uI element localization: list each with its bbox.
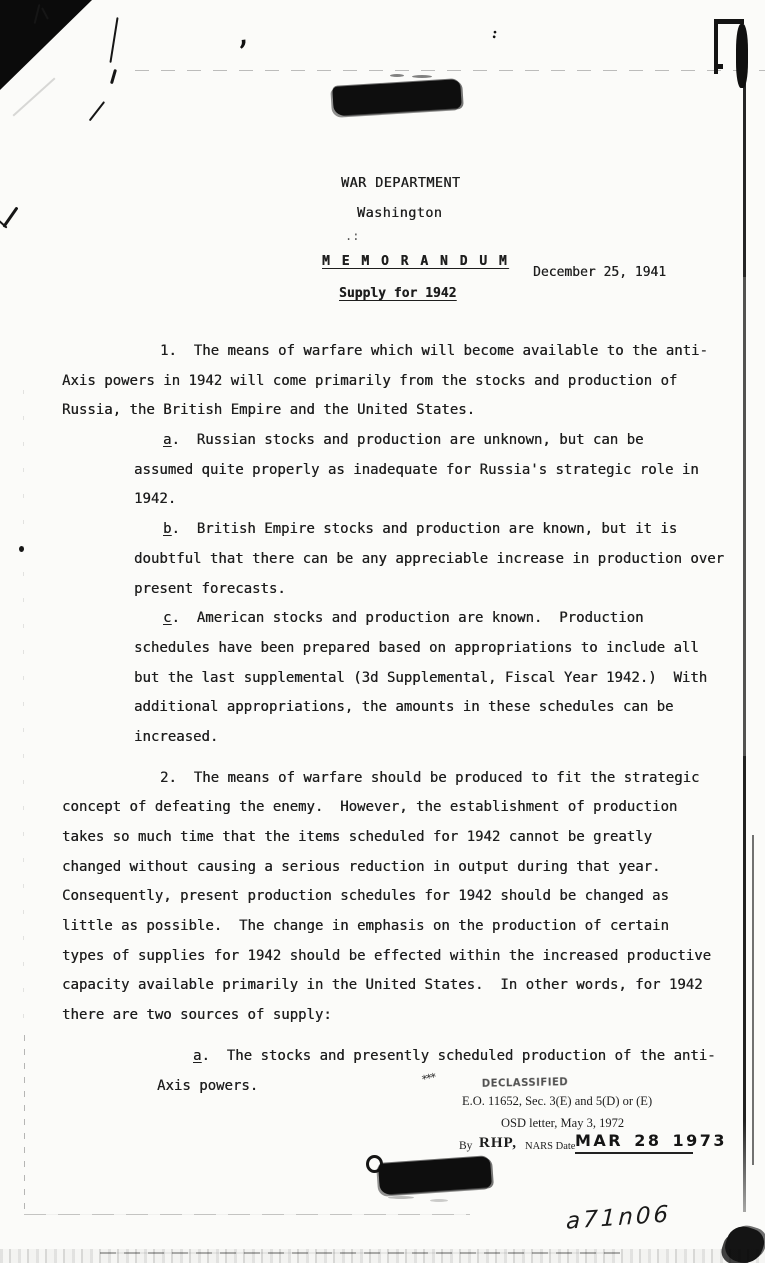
memo-line: doubtful that there can be any appreciab… bbox=[62, 545, 742, 575]
memo-line: little as possible. The change in emphas… bbox=[62, 912, 742, 942]
memo-line: a. Russian stocks and production are unk… bbox=[62, 426, 742, 456]
memo-line: but the last supplemental (3d Supplement… bbox=[62, 664, 742, 694]
underlined-list-letter: b bbox=[163, 521, 171, 537]
memo-line: assumed quite properly as inadequate for… bbox=[62, 456, 742, 486]
memo-line: changed without causing a serious reduct… bbox=[62, 853, 742, 883]
underlined-list-letter: c bbox=[163, 610, 171, 626]
department-title: WAR DEPARTMENT bbox=[341, 177, 460, 191]
page-edge-line bbox=[752, 835, 754, 1165]
memo-line: there are two sources of supply: bbox=[62, 1001, 742, 1031]
memo-line: 2. The means of warfare should be produc… bbox=[62, 764, 742, 794]
stamp-remnant-mark bbox=[430, 1199, 448, 1202]
blacked-out-classification-stamp bbox=[332, 79, 462, 116]
memo-line: Consequently, present production schedul… bbox=[62, 882, 742, 912]
pen-stroke-mark bbox=[89, 101, 105, 121]
pen-stroke-mark bbox=[109, 17, 118, 63]
memo-date: December 25, 1941 bbox=[533, 266, 666, 279]
nars-date-label: NARS Date bbox=[525, 1142, 575, 1153]
page-left-edge bbox=[24, 1035, 25, 1215]
memo-line: 1. The means of warfare which will becom… bbox=[62, 337, 742, 367]
pen-scribble-mark: *** bbox=[421, 1071, 437, 1087]
pen-stroke-mark bbox=[110, 69, 117, 84]
stamp-remnant-mark bbox=[388, 1196, 414, 1199]
memo-line: additional appropriations, the amounts i… bbox=[62, 693, 742, 723]
handwritten-code: a71n06 bbox=[566, 1201, 672, 1234]
by-label: By bbox=[459, 1141, 472, 1153]
memo-line: Russia, the British Empire and the Unite… bbox=[62, 396, 742, 426]
memo-line: takes so much time that the items schedu… bbox=[62, 823, 742, 853]
page-edge-line bbox=[743, 72, 746, 1212]
memo-line: present forecasts. bbox=[62, 575, 742, 605]
memo-line: capacity available primarily in the Unit… bbox=[62, 971, 742, 1001]
memo-line: types of supplies for 1942 should be eff… bbox=[62, 942, 742, 972]
memo-line: Axis powers in 1942 will come primarily … bbox=[62, 367, 742, 397]
memo-line: c. American stocks and production are kn… bbox=[62, 604, 742, 634]
nars-date-underline bbox=[575, 1152, 693, 1154]
memo-line: 1942. bbox=[62, 485, 742, 515]
memo-body: 1. The means of warfare which will becom… bbox=[62, 337, 742, 1101]
eo-authority-line: E.O. 11652, Sec. 3(E) and 5(D) or (E) bbox=[462, 1095, 652, 1108]
declassified-stamp: DECLASSIFIED bbox=[482, 1075, 569, 1090]
stray-tick-mark: : bbox=[491, 26, 499, 42]
reviewer-initials: RHP, bbox=[479, 1136, 517, 1151]
memo-line: increased. bbox=[62, 723, 742, 753]
scan-edge-blob bbox=[736, 24, 748, 88]
stray-comma-mark: , bbox=[236, 21, 249, 49]
divider-mark: .: bbox=[345, 230, 359, 242]
underlined-list-letter: a bbox=[193, 1048, 201, 1064]
fold-shadow-mark bbox=[13, 78, 56, 117]
scanned-memo-page: , : WAR DEPARTMENT Washington .: M E M O… bbox=[0, 0, 765, 1263]
page-left-edge bbox=[23, 390, 24, 1035]
city-line: Washington bbox=[357, 207, 442, 221]
scan-bottom-band bbox=[100, 1252, 620, 1254]
stamp-remnant-mark bbox=[390, 74, 404, 77]
memo-line: concept of defeating the enemy. However,… bbox=[62, 793, 742, 823]
osd-letter-line: OSD letter, May 3, 1972 bbox=[501, 1117, 624, 1130]
memo-title: M E M O R A N D U M bbox=[322, 255, 509, 268]
stamp-remnant-mark bbox=[412, 75, 432, 78]
memo-line: b. British Empire stocks and production … bbox=[62, 515, 742, 545]
underlined-list-letter: a bbox=[163, 432, 171, 448]
scan-edge-bracket bbox=[714, 64, 723, 69]
nars-date-stamp: MAR 28 1973 bbox=[575, 1131, 727, 1150]
memo-line: schedules have been prepared based on ap… bbox=[62, 634, 742, 664]
memo-line: a. The stocks and presently scheduled pr… bbox=[62, 1042, 742, 1072]
blacked-out-classification-stamp bbox=[378, 1156, 492, 1195]
scan-crease-line bbox=[135, 70, 765, 71]
memo-subject: Supply for 1942 bbox=[339, 287, 456, 300]
page-bottom-edge bbox=[24, 1214, 470, 1215]
